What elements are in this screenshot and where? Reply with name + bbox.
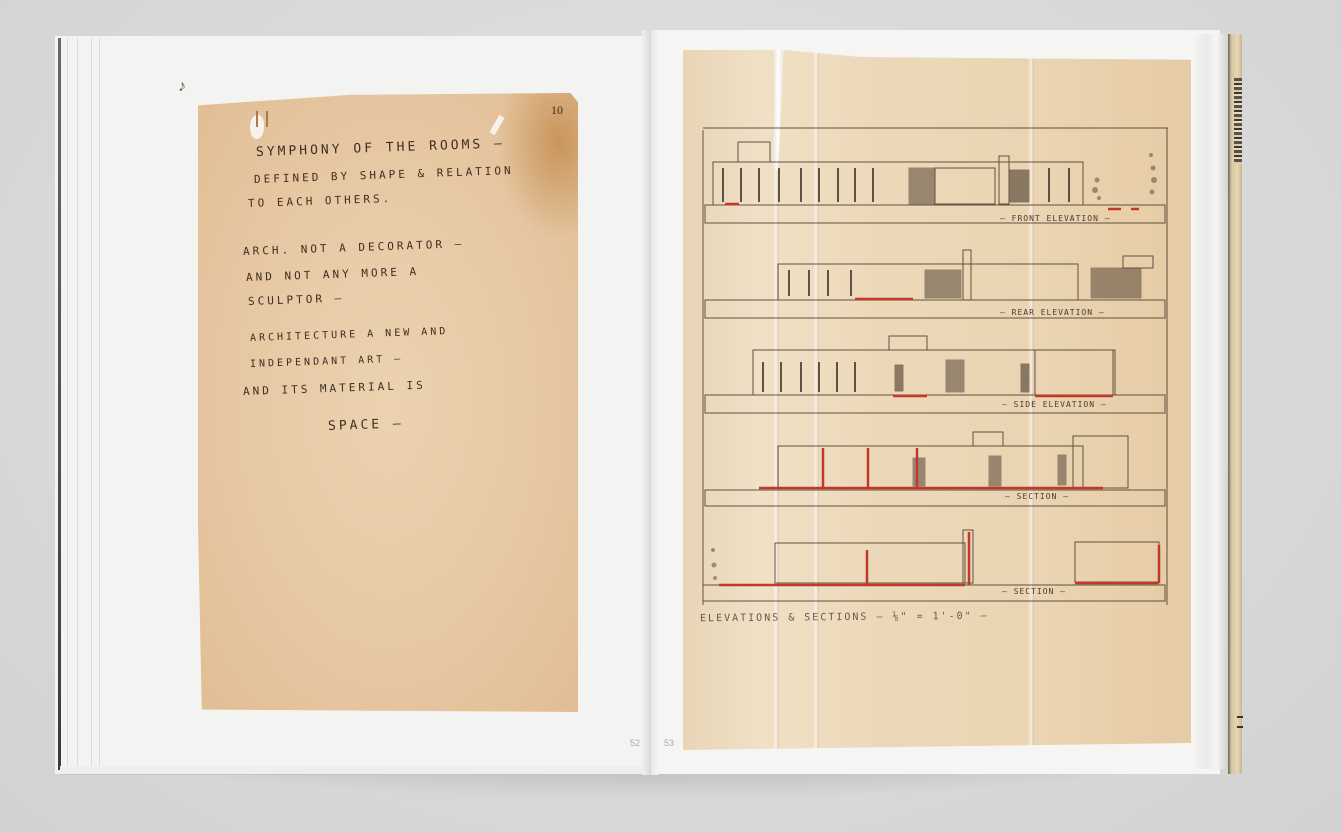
label-section: — Section — xyxy=(1005,492,1069,501)
book-gutter xyxy=(642,30,658,775)
letter-line: Space — xyxy=(328,416,404,434)
page-number-right: 53 xyxy=(664,738,674,748)
letter-line: Arch. not a decorator — xyxy=(243,237,465,258)
right-page-edges xyxy=(1195,34,1225,769)
elevation-drawings xyxy=(683,50,1191,750)
label-rear-elevation: — Rear Elevation — xyxy=(1000,308,1105,317)
label-section: — Section — xyxy=(1002,587,1066,596)
spine-mark xyxy=(1237,716,1243,718)
letter-line: independant art — xyxy=(250,354,404,370)
letter-line: to each others. xyxy=(248,192,393,210)
tear-mark xyxy=(489,115,504,135)
label-side-elevation: — Side Elevation — xyxy=(1002,400,1107,409)
corner-mark-icon: ♪ xyxy=(178,78,186,96)
letter-line: Symphony of the rooms — xyxy=(256,136,505,160)
letter-line: and its material is xyxy=(243,379,426,398)
letter-line: and not any more a xyxy=(246,265,420,284)
letter-line: Architecture a new and xyxy=(250,326,449,344)
label-front-elevation: — Front Elevation — xyxy=(1000,214,1111,223)
left-page-bottom-edge xyxy=(60,766,650,775)
spine-mark xyxy=(1237,726,1243,728)
handwritten-letter: Symphony of the rooms — Defined by shape… xyxy=(198,93,578,712)
left-cover-edge xyxy=(58,38,61,770)
spine-stripes xyxy=(1234,78,1242,164)
ink-mark xyxy=(256,111,258,127)
letter-line: Defined by shape & relation xyxy=(254,164,514,186)
ink-mark xyxy=(266,111,268,127)
sheet-number: 10 xyxy=(551,103,563,118)
letter-line: Sculptor — xyxy=(248,292,345,308)
page-number-left: 52 xyxy=(630,738,640,748)
left-page-edges xyxy=(55,38,105,772)
